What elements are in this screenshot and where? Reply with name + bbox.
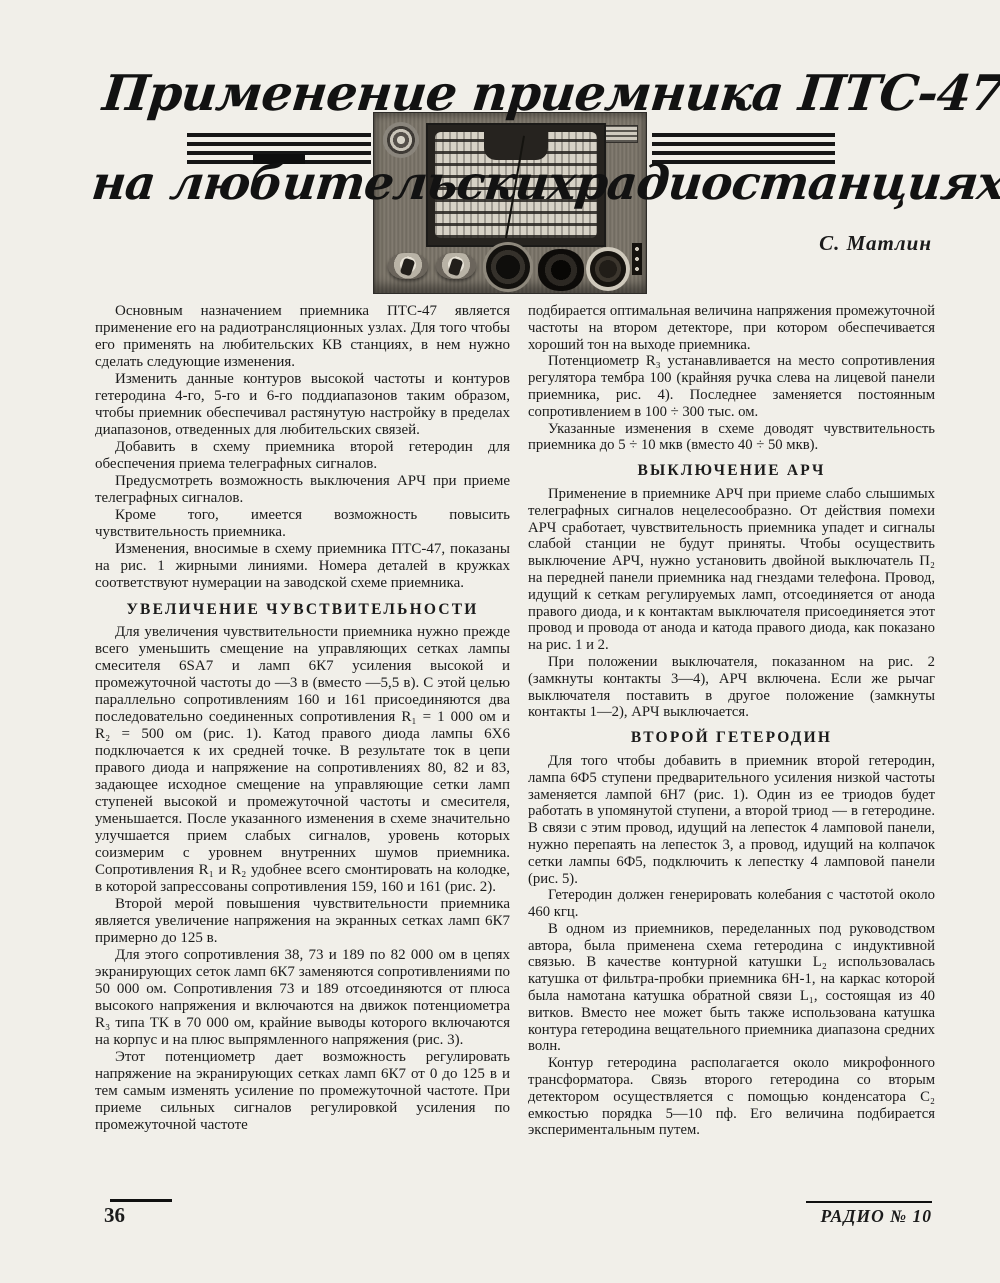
paragraph: Указанные изменения в схеме доводят чувс… <box>528 421 935 455</box>
nameplate-icon <box>602 125 638 143</box>
toggle-switch-icon <box>436 253 476 279</box>
jack-plate-icon <box>632 243 642 275</box>
paragraph: Контур гетеродина располагается около ми… <box>528 1055 935 1139</box>
journal-issue-label: РАДИО № 10 <box>780 1206 932 1227</box>
section-heading: ВТОРОЙ ГЕТЕРОДИН <box>528 730 935 747</box>
paragraph: Для увеличения чувствительности приемник… <box>95 624 510 896</box>
magazine-page: Применение приемника ПТС-47 на любительс… <box>0 0 1000 1283</box>
paragraph: Применение в приемнике АРЧ при приеме сл… <box>528 486 935 654</box>
paragraph: Основным назначением приемника ПТС-47 яв… <box>95 303 510 371</box>
paragraph: При положении выключателя, показанном на… <box>528 654 935 721</box>
title-word-group-1: на любительских <box>89 156 578 211</box>
paragraph: Второй мерой повышения чувствительности … <box>95 896 510 947</box>
paragraph: Этот потенциометр дает возможность регул… <box>95 1049 510 1134</box>
paragraph: В одном из приемников, переделанных под … <box>528 921 935 1055</box>
article-title-line-1: Применение приемника ПТС-47 <box>100 64 918 122</box>
section-heading: УВЕЛИЧЕНИЕ ЧУВСТВИТЕЛЬНОСТИ <box>95 601 510 618</box>
paragraph: Изменения, вносимые в схему приемника ПТ… <box>95 541 510 592</box>
paragraph: Добавить в схему приемника второй гетеро… <box>95 439 510 473</box>
tuning-knob-icon <box>486 245 530 289</box>
section-heading: ВЫКЛЮЧЕНИЕ АРЧ <box>528 463 935 480</box>
paragraph: Для этого сопротивления 38, 73 и 189 по … <box>95 947 510 1049</box>
emblem-badge-icon <box>383 122 419 158</box>
right-column: подбирается оптимальная величина напряже… <box>528 303 935 1139</box>
paragraph: Изменить данные контуров высокой частоты… <box>95 371 510 439</box>
paragraph: Гетеродин должен генерировать колебания … <box>528 887 935 921</box>
left-column: Основным назначением приемника ПТС-47 яв… <box>95 303 510 1139</box>
paragraph: Кроме того, имеется возможность повысить… <box>95 507 510 541</box>
footer-rule-right <box>806 1201 932 1203</box>
gain-knob-icon <box>590 251 626 287</box>
page-number: 36 <box>104 1203 125 1228</box>
paragraph: Для того чтобы добавить в приемник второ… <box>528 753 935 887</box>
paragraph: Предусмотреть возможность выключения АРЧ… <box>95 473 510 507</box>
toggle-switch-icon <box>388 253 428 279</box>
article-title-line-2: на любительских радиостанциях <box>89 156 917 211</box>
title-word-group-2: радиостанциях <box>572 156 1000 211</box>
paragraph: подбирается оптимальная величина напряже… <box>528 303 935 353</box>
footer-rule-left <box>110 1199 172 1202</box>
paragraph: Потенциометр R₃ устанавливается на место… <box>528 353 935 420</box>
author-byline: С. Матлин <box>700 231 932 256</box>
article-body: Основным назначением приемника ПТС-47 яв… <box>95 303 935 1139</box>
volume-knob-icon <box>538 249 584 291</box>
